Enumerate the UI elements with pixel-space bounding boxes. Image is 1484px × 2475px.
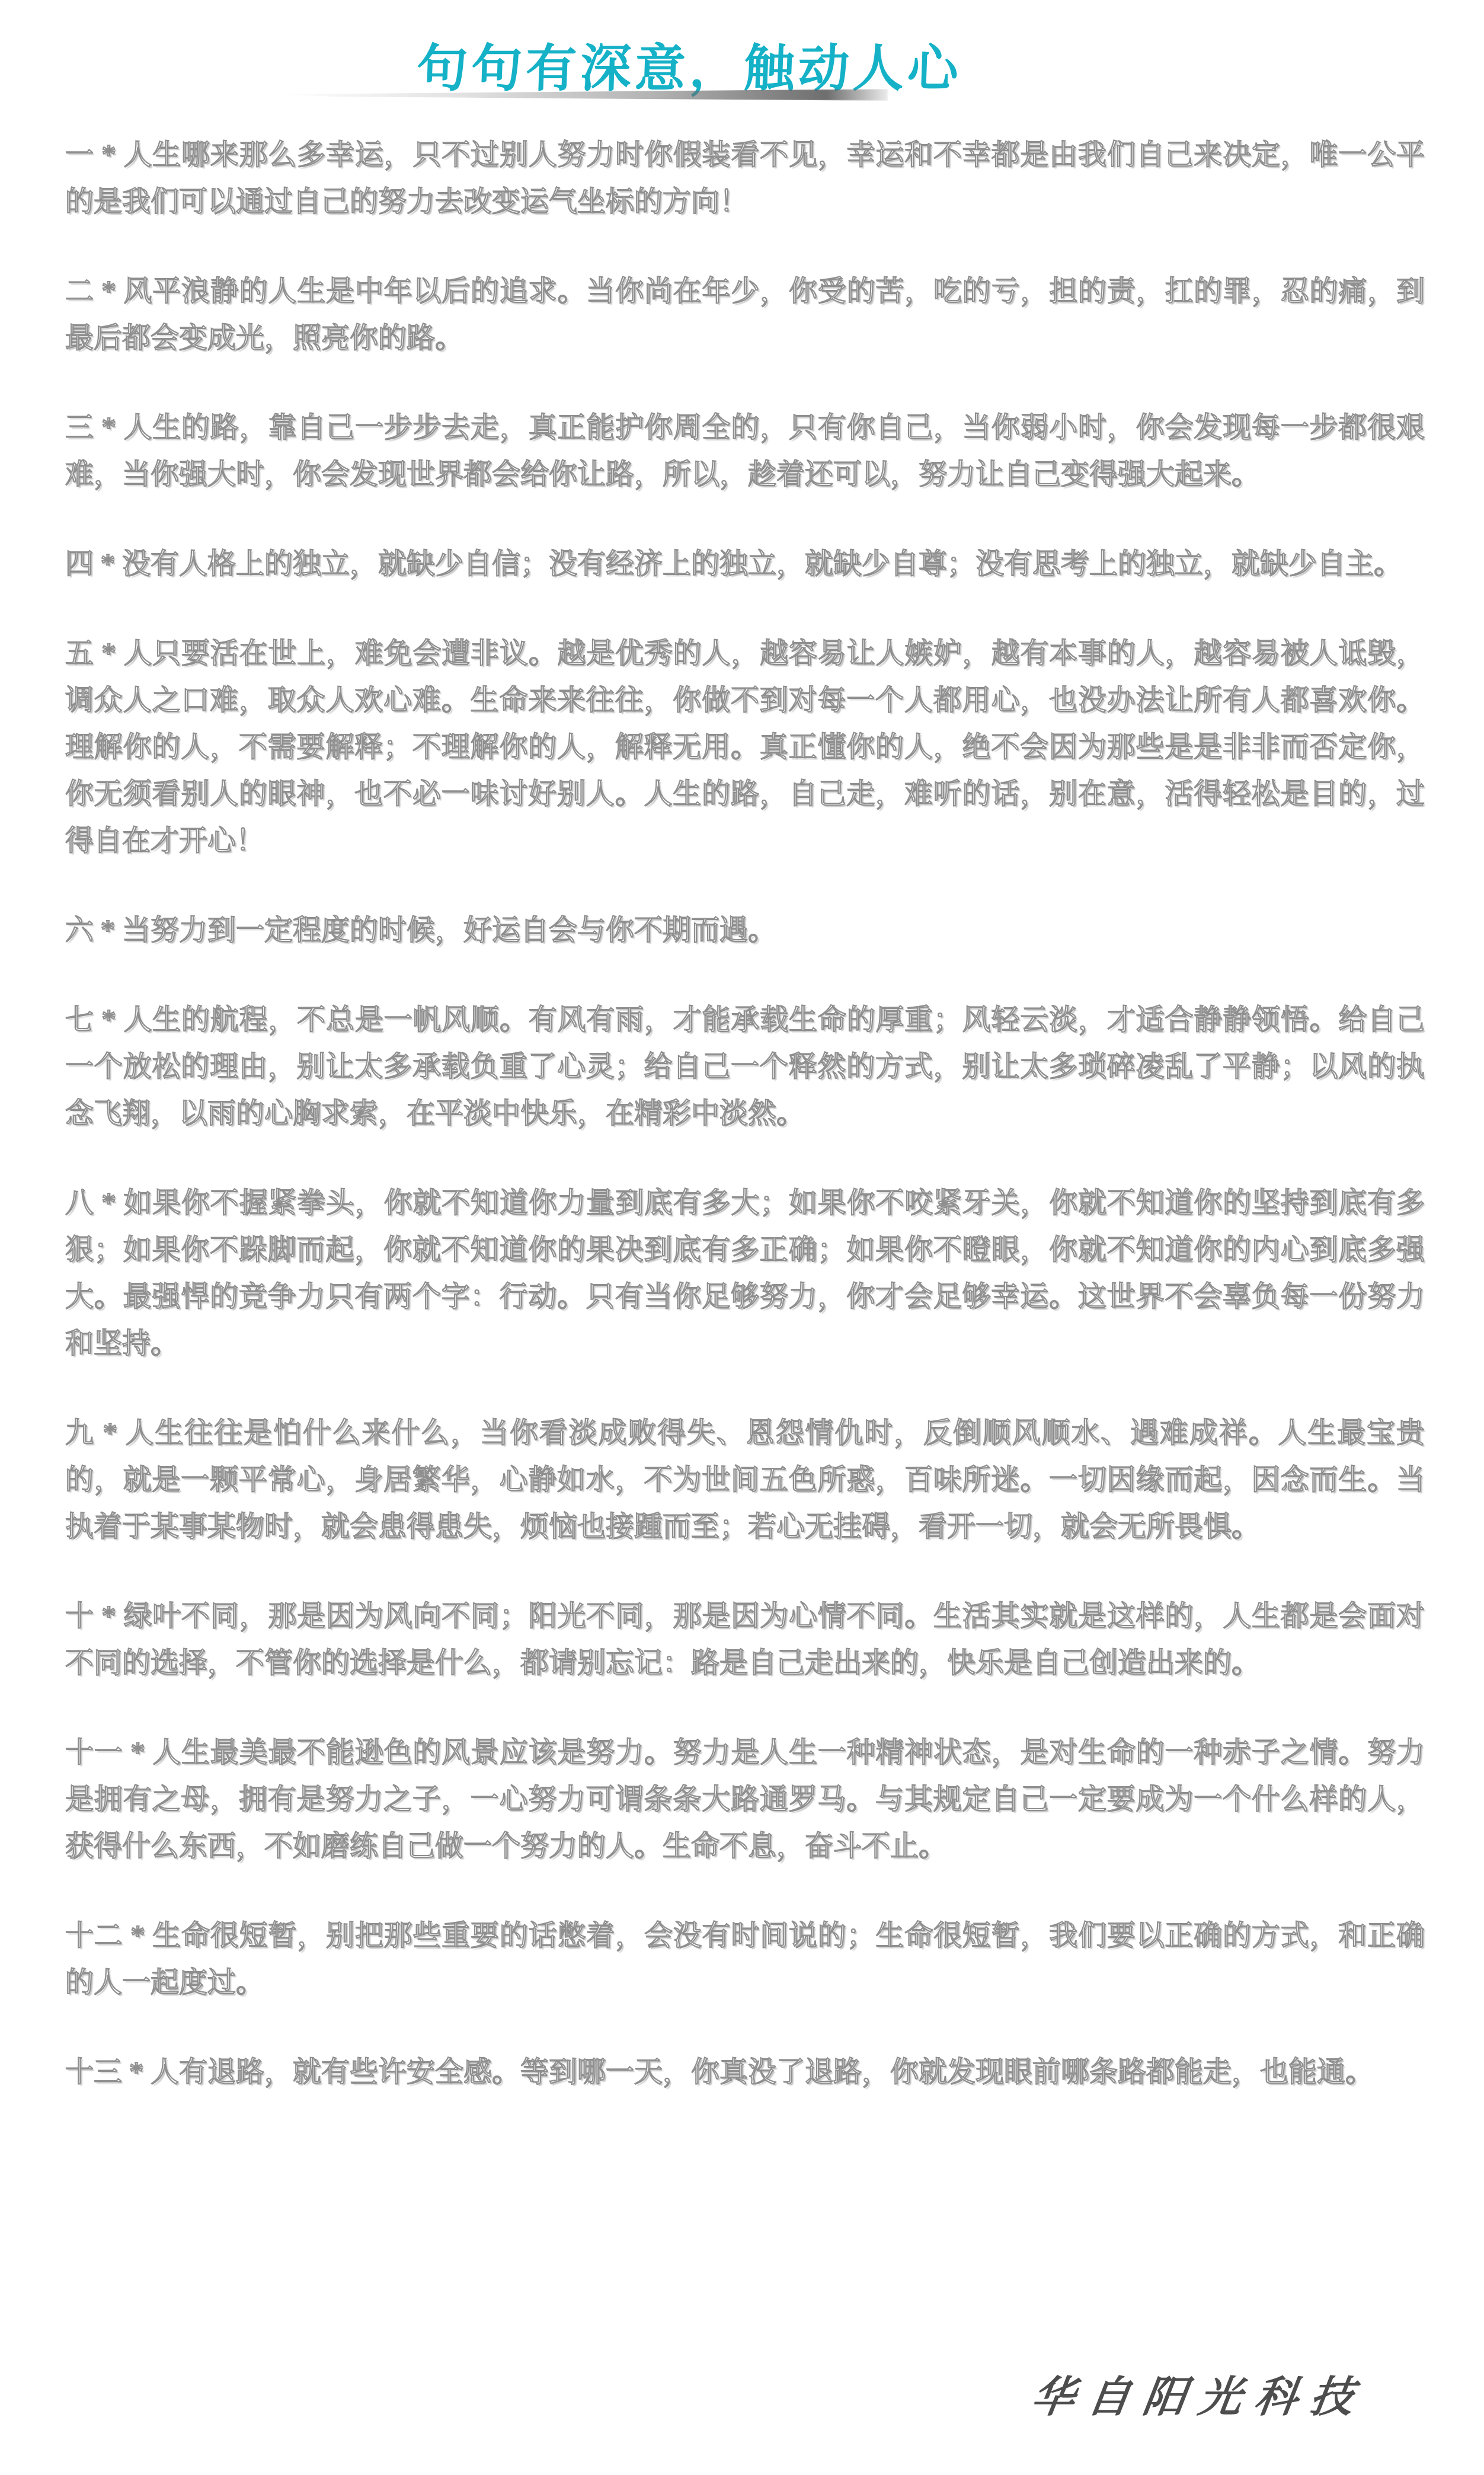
quote-paragraph: 十一 * 人生最美最不能逊色的风景应该是努力。努力是人生一种精神状态，是对生命的… xyxy=(65,1729,1425,1870)
quote-paragraph: 十三 * 人有退路，就有些许安全感。等到哪一天，你真没了退路，你就发现眼前哪条路… xyxy=(65,2049,1425,2096)
quote-paragraph: 二 * 风平浪静的人生是中年以后的追求。当你尚在年少，你受的苦，吃的亏，担的责，… xyxy=(65,268,1425,362)
quote-paragraph: 四 * 没有人格上的独立，就缺少自信；没有经济上的独立，就缺少自尊；没有思考上的… xyxy=(65,541,1425,587)
quote-paragraph: 七 * 人生的航程，不总是一帆风顺。有风有雨，才能承载生命的厚重；风轻云淡，才适… xyxy=(65,997,1425,1137)
quote-paragraph: 十二 * 生命很短暂，别把那些重要的话憋着，会没有时间说的；生命很短暂，我们要以… xyxy=(65,1912,1425,2006)
article-page: 句句有深意，触动人心 一 * 人生哪来那么多幸运，只不过别人努力时你假装看不见，… xyxy=(0,0,1484,2475)
quotes-list: 一 * 人生哪来那么多幸运，只不过别人努力时你假装看不见，幸运和不幸都是由我们自… xyxy=(0,95,1484,2096)
quote-paragraph: 十 * 绿叶不同，那是因为风向不同；阳光不同，那是因为心情不同。生活其实就是这样… xyxy=(65,1593,1425,1687)
title-section: 句句有深意，触动人心 xyxy=(0,0,1484,95)
quote-paragraph: 六 * 当努力到一定程度的时候，好运自会与你不期而遇。 xyxy=(65,907,1425,954)
quote-paragraph: 八 * 如果你不握紧拳头，你就不知道你力量到底有多大；如果你不咬紧牙关，你就不知… xyxy=(65,1180,1425,1367)
quote-paragraph: 九 * 人生往往是怕什么来什么，当你看淡成败得失、恩怨情仇时，反倒顺风顺水、遇难… xyxy=(65,1410,1425,1550)
signature-calligraphy: 华自阳光科技 xyxy=(1028,2362,1371,2424)
quote-paragraph: 五 * 人只要活在世上，难免会遭非议。越是优秀的人，越容易让人嫉妒，越有本事的人… xyxy=(65,630,1425,864)
page-title: 句句有深意，触动人心 xyxy=(0,0,1434,101)
quote-paragraph: 一 * 人生哪来那么多幸运，只不过别人努力时你假装看不见，幸运和不幸都是由我们自… xyxy=(65,132,1425,225)
quote-paragraph: 三 * 人生的路，靠自己一步步去走，真正能护你周全的，只有你自己，当你弱小时，你… xyxy=(65,404,1425,498)
